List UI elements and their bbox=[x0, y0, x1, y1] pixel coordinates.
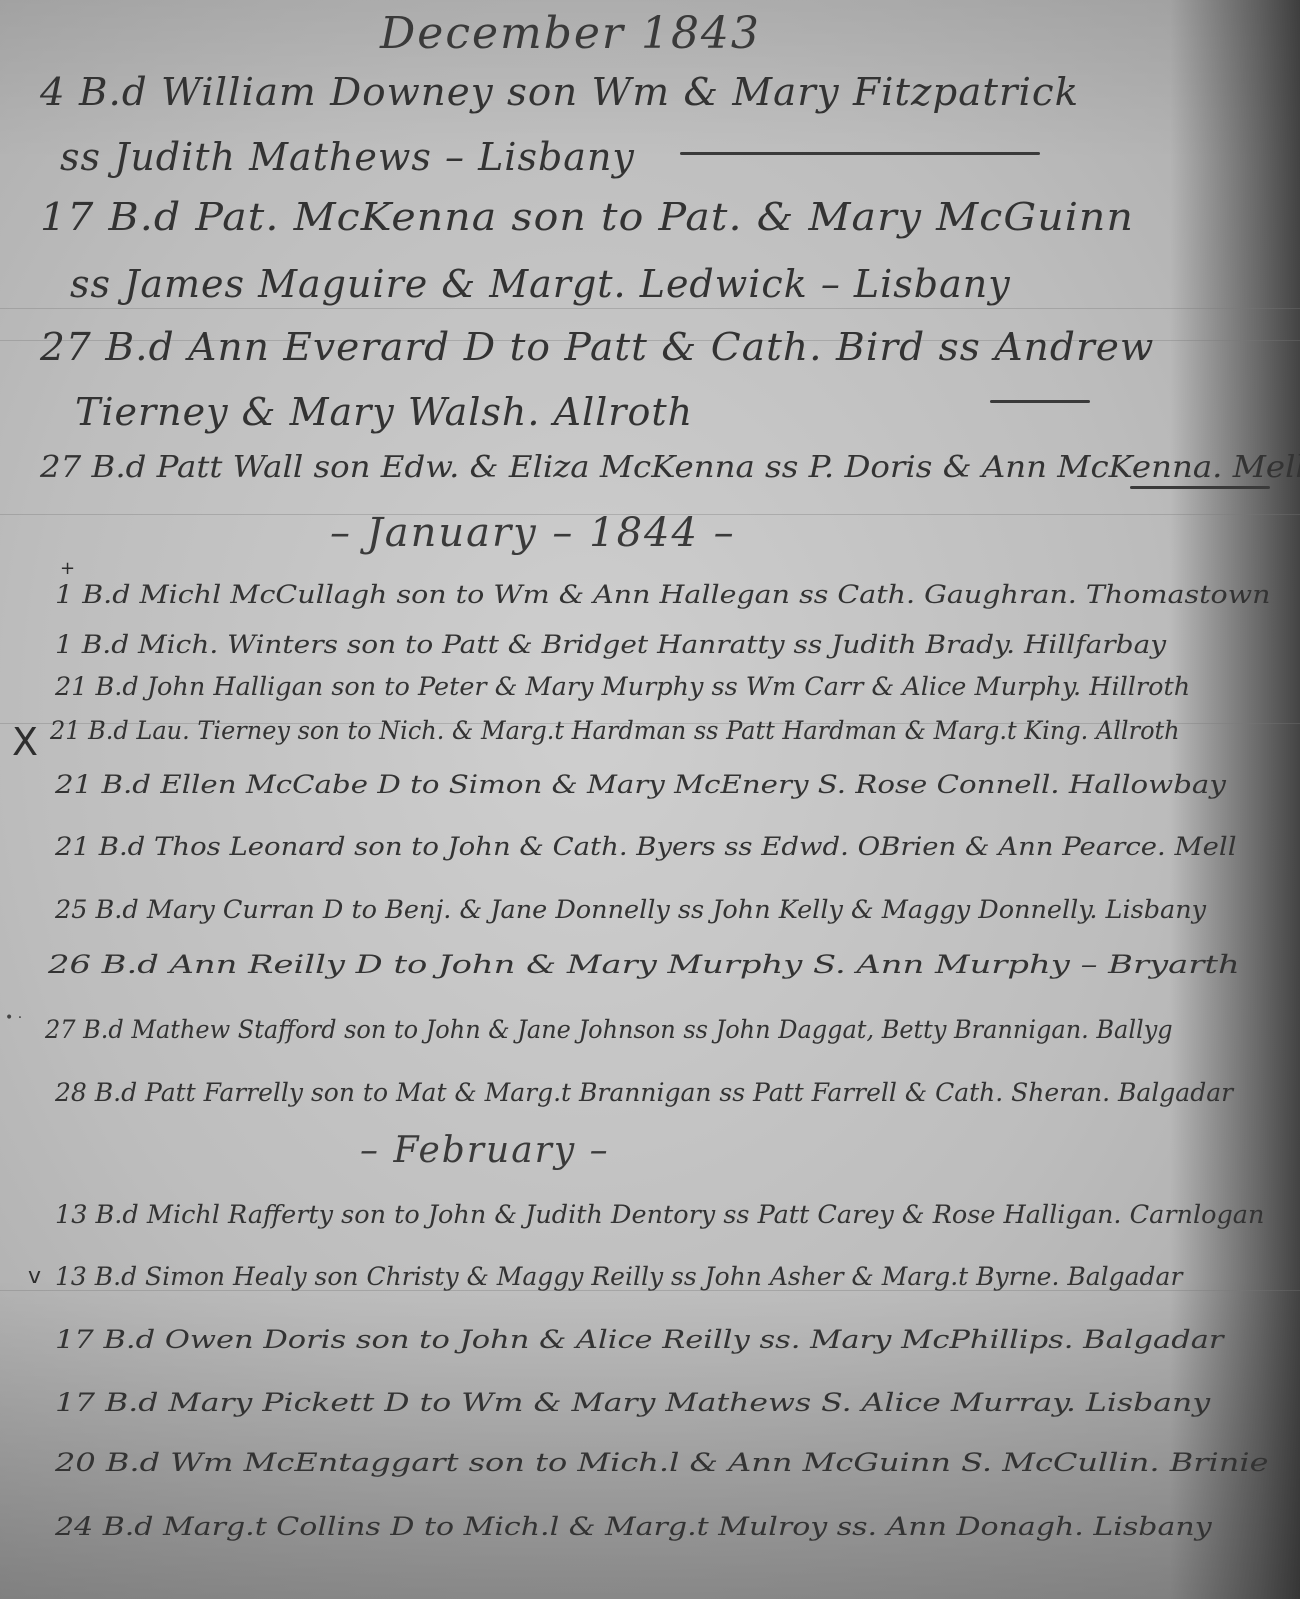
register-entry: 27 B.d Mathew Stafford son to John & Jan… bbox=[45, 1015, 1173, 1044]
register-entry: 21 B.d Lau. Tierney son to Nich. & Marg.… bbox=[50, 716, 1180, 745]
register-entry: 25 B.d Mary Curran D to Benj. & Jane Don… bbox=[55, 895, 1206, 924]
month-heading-february: – February – bbox=[360, 1130, 610, 1171]
register-entry: 13 B.d Michl Rafferty son to John & Judi… bbox=[55, 1200, 1264, 1229]
register-entry: 24 B.d Marg.t Collins D to Mich.l & Marg… bbox=[55, 1512, 1212, 1541]
register-entry: 17 B.d Pat. McKenna son to Pat. & Mary M… bbox=[40, 195, 1134, 239]
register-entry: 17 B.d Owen Doris son to John & Alice Re… bbox=[55, 1325, 1224, 1354]
underline bbox=[1130, 486, 1270, 489]
register-entry: 26 B.d Ann Reilly D to John & Mary Murph… bbox=[48, 950, 1240, 979]
register-entry: ss James Maguire & Margt. Ledwick – Lisb… bbox=[70, 262, 1011, 306]
month-heading-december: December 1843 bbox=[380, 8, 761, 59]
register-entry: 21 B.d Thos Leonard son to John & Cath. … bbox=[55, 832, 1237, 861]
register-entry: 27 B.d Ann Everard D to Patt & Cath. Bir… bbox=[40, 325, 1154, 369]
cross-mark: + bbox=[60, 558, 75, 579]
register-entry: ss Judith Mathews – Lisbany bbox=[60, 135, 635, 179]
check-margin-mark: v bbox=[28, 1264, 41, 1289]
ink-speck: • · bbox=[5, 1010, 22, 1026]
line-filler-dash bbox=[680, 152, 1040, 155]
register-entry: 28 B.d Patt Farrelly son to Mat & Marg.t… bbox=[55, 1078, 1233, 1107]
register-entry: 21 B.d John Halligan son to Peter & Mary… bbox=[55, 672, 1190, 701]
line-filler-dash bbox=[990, 400, 1090, 403]
register-entry: 21 B.d Ellen McCabe D to Simon & Mary Mc… bbox=[55, 770, 1226, 799]
register-entry: 27 B.d Patt Wall son Edw. & Eliza McKenn… bbox=[40, 450, 1300, 485]
register-entry: 1 B.d Michl McCullagh son to Wm & Ann Ha… bbox=[55, 580, 1270, 609]
register-entry: 13 B.d Simon Healy son Christy & Maggy R… bbox=[55, 1262, 1182, 1291]
ruled-line bbox=[0, 308, 1300, 309]
register-entry: 1 B.d Mich. Winters son to Patt & Bridge… bbox=[55, 630, 1166, 659]
register-entry: 4 B.d William Downey son Wm & Mary Fitzp… bbox=[40, 70, 1079, 114]
register-entry: Tierney & Mary Walsh. Allroth bbox=[75, 390, 693, 434]
register-entry: 17 B.d Mary Pickett D to Wm & Mary Mathe… bbox=[55, 1388, 1210, 1417]
register-page: December 1843 4 B.d William Downey son W… bbox=[0, 0, 1300, 1599]
x-margin-mark: X bbox=[12, 720, 38, 764]
month-heading-january: – January – 1844 – bbox=[330, 510, 736, 556]
register-entry: 20 B.d Wm McEntaggart son to Mich.l & An… bbox=[55, 1448, 1269, 1477]
